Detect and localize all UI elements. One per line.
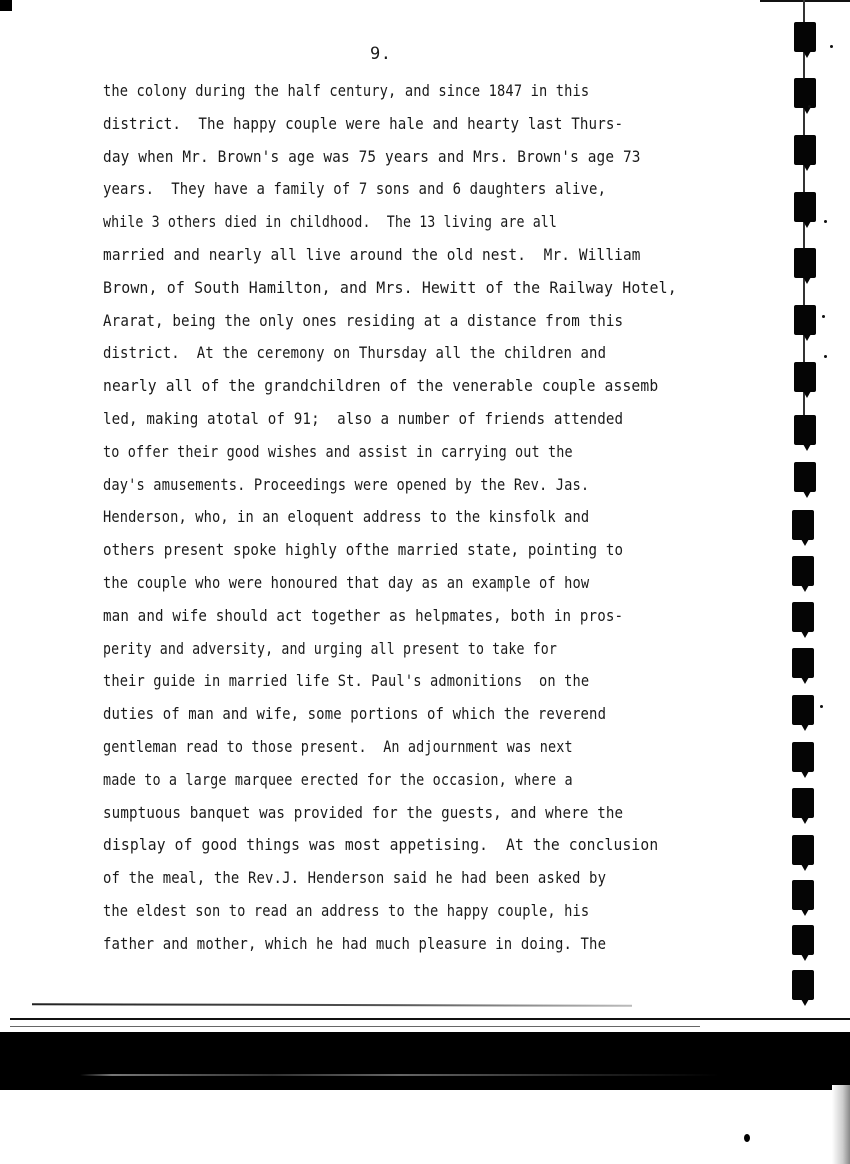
typewritten-body: the colony during the half century, and … bbox=[103, 75, 763, 961]
text-line: sumptuous banquet was provided for the g… bbox=[103, 797, 703, 830]
text-line: gentleman read to those present. An adjo… bbox=[103, 731, 673, 764]
page-edge-line bbox=[32, 1003, 632, 1007]
ink-speck bbox=[744, 1134, 750, 1142]
scan-artifact bbox=[80, 1074, 720, 1076]
text-line: duties of man and wife, some portions of… bbox=[103, 698, 693, 731]
ink-speck bbox=[824, 355, 827, 358]
binding-hole bbox=[792, 695, 814, 725]
binding-hole bbox=[792, 925, 814, 955]
text-line: nearly all of the grandchildren of the v… bbox=[103, 370, 723, 403]
text-line: of the meal, the Rev.J. Henderson said h… bbox=[103, 862, 693, 895]
binding-hole bbox=[792, 880, 814, 910]
page-edge-line bbox=[10, 1018, 850, 1020]
ink-speck bbox=[830, 45, 833, 48]
scan-corner-mark bbox=[0, 0, 12, 11]
binding-hole bbox=[792, 742, 814, 772]
text-line: to offer their good wishes and assist in… bbox=[103, 436, 673, 469]
binding-hole bbox=[792, 602, 814, 632]
text-line: district. The happy couple were hale and… bbox=[103, 108, 703, 141]
text-line: the couple who were honoured that day as… bbox=[103, 567, 683, 600]
text-line: the colony during the half century, and … bbox=[103, 75, 683, 108]
text-line: Henderson, who, in an eloquent address t… bbox=[103, 501, 683, 534]
text-line: the eldest son to read an address to the… bbox=[103, 895, 683, 928]
text-line: district. At the ceremony on Thursday al… bbox=[103, 337, 693, 370]
binding-hole bbox=[794, 192, 816, 222]
text-line: father and mother, which he had much ple… bbox=[103, 928, 693, 961]
text-line: day when Mr. Brown's age was 75 years an… bbox=[103, 141, 713, 174]
text-line: perity and adversity, and urging all pre… bbox=[103, 633, 664, 666]
binding-hole bbox=[794, 362, 816, 392]
binding-hole bbox=[794, 415, 816, 445]
ink-speck bbox=[822, 315, 825, 318]
scan-shadow-band bbox=[0, 1032, 850, 1090]
page-edge-line bbox=[10, 1026, 700, 1027]
binding-hole bbox=[792, 648, 814, 678]
binding-hole bbox=[794, 462, 816, 492]
text-line: display of good things was most appetisi… bbox=[103, 829, 723, 862]
binding-hole bbox=[792, 970, 814, 1000]
page-number: 9. bbox=[370, 44, 391, 64]
binding-hole bbox=[792, 510, 814, 540]
text-line: married and nearly all live around the o… bbox=[103, 239, 713, 272]
text-line: years. They have a family of 7 sons and … bbox=[103, 173, 693, 206]
ink-speck bbox=[808, 105, 811, 108]
binding-hole bbox=[794, 22, 816, 52]
ink-speck bbox=[824, 220, 827, 223]
text-line: Ararat, being the only ones residing at … bbox=[103, 305, 703, 338]
binding-holes bbox=[780, 0, 850, 1020]
text-line: man and wife should act together as help… bbox=[103, 600, 703, 633]
binding-hole bbox=[794, 135, 816, 165]
page-curl-edge bbox=[832, 1085, 850, 1164]
binding-hole bbox=[792, 788, 814, 818]
text-line: led, making atotal of 91; also a number … bbox=[103, 403, 703, 436]
text-line: Brown, of South Hamilton, and Mrs. Hewit… bbox=[103, 272, 733, 305]
text-line: others present spoke highly ofthe marrie… bbox=[103, 534, 703, 567]
binding-hole bbox=[792, 835, 814, 865]
text-line: while 3 others died in childhood. The 13… bbox=[103, 206, 664, 239]
ink-speck bbox=[820, 705, 823, 708]
text-line: made to a large marquee erected for the … bbox=[103, 764, 673, 797]
binding-hole bbox=[794, 248, 816, 278]
text-line: their guide in married life St. Paul's a… bbox=[103, 665, 683, 698]
binding-hole bbox=[792, 556, 814, 586]
binding-hole bbox=[794, 305, 816, 335]
text-line: day's amusements. Proceedings were opene… bbox=[103, 469, 683, 502]
binding-hole bbox=[794, 78, 816, 108]
